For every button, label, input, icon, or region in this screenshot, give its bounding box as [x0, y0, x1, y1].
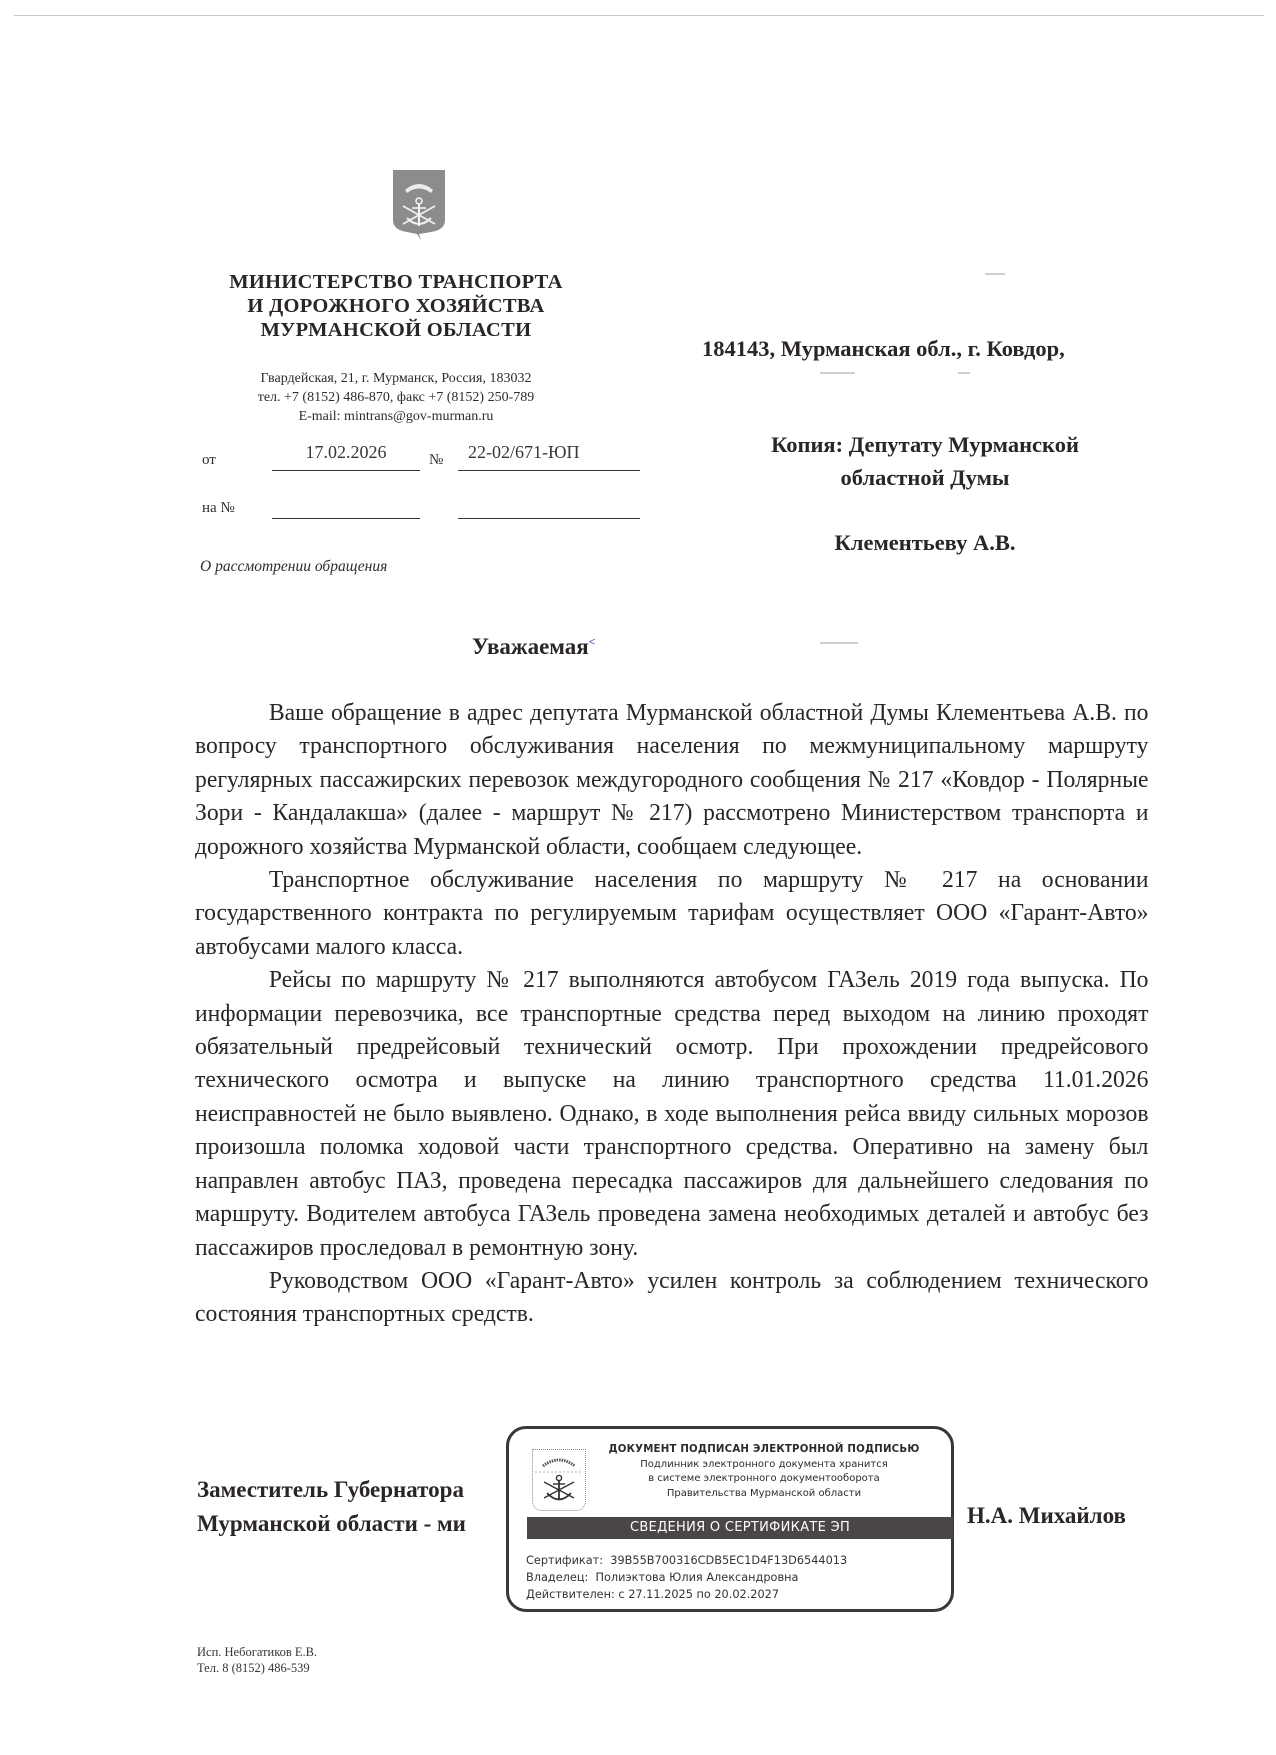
salutation-text: Уважаемая	[472, 634, 589, 659]
letter-subject: О рассмотрении обращения	[200, 558, 387, 576]
redacted-mark	[958, 372, 970, 374]
performer-info: Исп. Небогатиков Е.В. Тел. 8 (8152) 486-…	[197, 1644, 317, 1676]
ministry-contacts: Гвардейская, 21, г. Мурманск, Россия, 18…	[196, 369, 596, 426]
ministry-email: E-mail: mintrans@gov-murman.ru	[196, 407, 596, 426]
redacted-mark	[820, 372, 855, 374]
copy-recipient-line-2: областной Думы	[720, 465, 1130, 491]
ministry-line-3: МУРМАНСКОЙ ОБЛАСТИ	[196, 318, 596, 342]
certificate-row: Сертификат: 39B55B700316CDB5EC1D4F13D654…	[526, 1552, 847, 1569]
copy-recipient-line-1: Копия: Депутату Мурманской	[720, 432, 1130, 458]
stamp-note-line-1: Подлинник электронного документа хранитс…	[599, 1458, 929, 1473]
stamp-note-line-3: Правительства Мурманской области	[599, 1487, 929, 1502]
body-paragraph-3: Рейсы по маршруту № 217 выполняются авто…	[195, 964, 1148, 1265]
copy-recipient-name: Клементьеву А.В.	[720, 530, 1130, 556]
body-paragraph-1: Ваше обращение в адрес депутата Мурманск…	[195, 697, 1148, 864]
reply-number-underline	[458, 518, 640, 519]
ministry-line-1: МИНИСТЕРСТВО ТРАНСПОРТА	[196, 270, 596, 294]
signatory-title-line-2: Мурманской области - ми	[197, 1507, 466, 1541]
ministry-address: Гвардейская, 21, г. Мурманск, Россия, 18…	[196, 369, 596, 388]
stamp-heading-block: ДОКУМЕНТ ПОДПИСАН ЭЛЕКТРОННОЙ ПОДПИСЬЮ П…	[599, 1443, 929, 1501]
signatory-name: Н.А. Михайлов	[967, 1503, 1126, 1529]
number-sign-label: №	[429, 452, 443, 469]
certificate-validity: с 27.11.2025 по 20.02.2027	[618, 1588, 779, 1601]
coat-of-arms-icon	[391, 168, 447, 242]
reply-label: на №	[202, 500, 235, 517]
date-underline	[272, 470, 420, 471]
performer-phone: Тел. 8 (8152) 486-539	[197, 1660, 317, 1676]
ministry-name: МИНИСТЕРСТВО ТРАНСПОРТА И ДОРОЖНОГО ХОЗЯ…	[196, 270, 596, 342]
ministry-phone: тел. +7 (8152) 486-870, факс +7 (8152) 2…	[196, 388, 596, 407]
certificate-details: Сертификат: 39B55B700316CDB5EC1D4F13D654…	[526, 1552, 847, 1603]
certificate-info-bar: СВЕДЕНИЯ О СЕРТИФИКАТЕ ЭП	[527, 1517, 953, 1539]
certificate-owner: Полиэктова Юлия Александровна	[596, 1571, 799, 1584]
certificate-serial: 39B55B700316CDB5EC1D4F13D6544013	[610, 1554, 847, 1567]
document-date: 17.02.2026	[272, 442, 420, 463]
reply-date-underline	[272, 518, 420, 519]
validity-row: Действителен: с 27.11.2025 по 20.02.2027	[526, 1586, 847, 1603]
stamp-note-line-2: в системе электронного документооборота	[599, 1472, 929, 1487]
addressee-address: 184143, Мурманская обл., г. Ковдор,	[702, 336, 1065, 362]
number-underline	[458, 470, 640, 471]
e-signature-stamp: ДОКУМЕНТ ПОДПИСАН ЭЛЕКТРОННОЙ ПОДПИСЬЮ П…	[506, 1426, 954, 1612]
salutation: Уважаемая<	[472, 634, 596, 660]
document-number: 22-02/671-ЮП	[458, 442, 618, 463]
signatory-title-line-1: Заместитель Губернатора	[197, 1473, 466, 1507]
stamp-emblem-icon	[532, 1449, 586, 1511]
signatory-title: Заместитель Губернатора Мурманской облас…	[197, 1473, 466, 1541]
ink-mark: <	[589, 634, 596, 648]
page-top-edge	[14, 15, 1264, 16]
redacted-mark	[820, 642, 858, 644]
letter-body: Ваше обращение в адрес депутата Мурманск…	[195, 697, 1148, 1332]
owner-row: Владелец: Полиэктова Юлия Александровна	[526, 1569, 847, 1586]
owner-label: Владелец:	[526, 1571, 588, 1584]
performer-name: Исп. Небогатиков Е.В.	[197, 1644, 317, 1660]
redacted-mark	[985, 273, 1005, 275]
body-paragraph-4: Руководством ООО «Гарант-Авто» усилен ко…	[195, 1265, 1148, 1332]
ministry-line-2: И ДОРОЖНОГО ХОЗЯЙСТВА	[196, 294, 596, 318]
validity-label: Действителен:	[526, 1588, 615, 1601]
date-label: от	[202, 452, 216, 469]
certificate-label: Сертификат:	[526, 1554, 603, 1567]
stamp-heading: ДОКУМЕНТ ПОДПИСАН ЭЛЕКТРОННОЙ ПОДПИСЬЮ	[599, 1443, 929, 1458]
body-paragraph-2: Транспортное обслуживание населения по м…	[195, 864, 1148, 964]
